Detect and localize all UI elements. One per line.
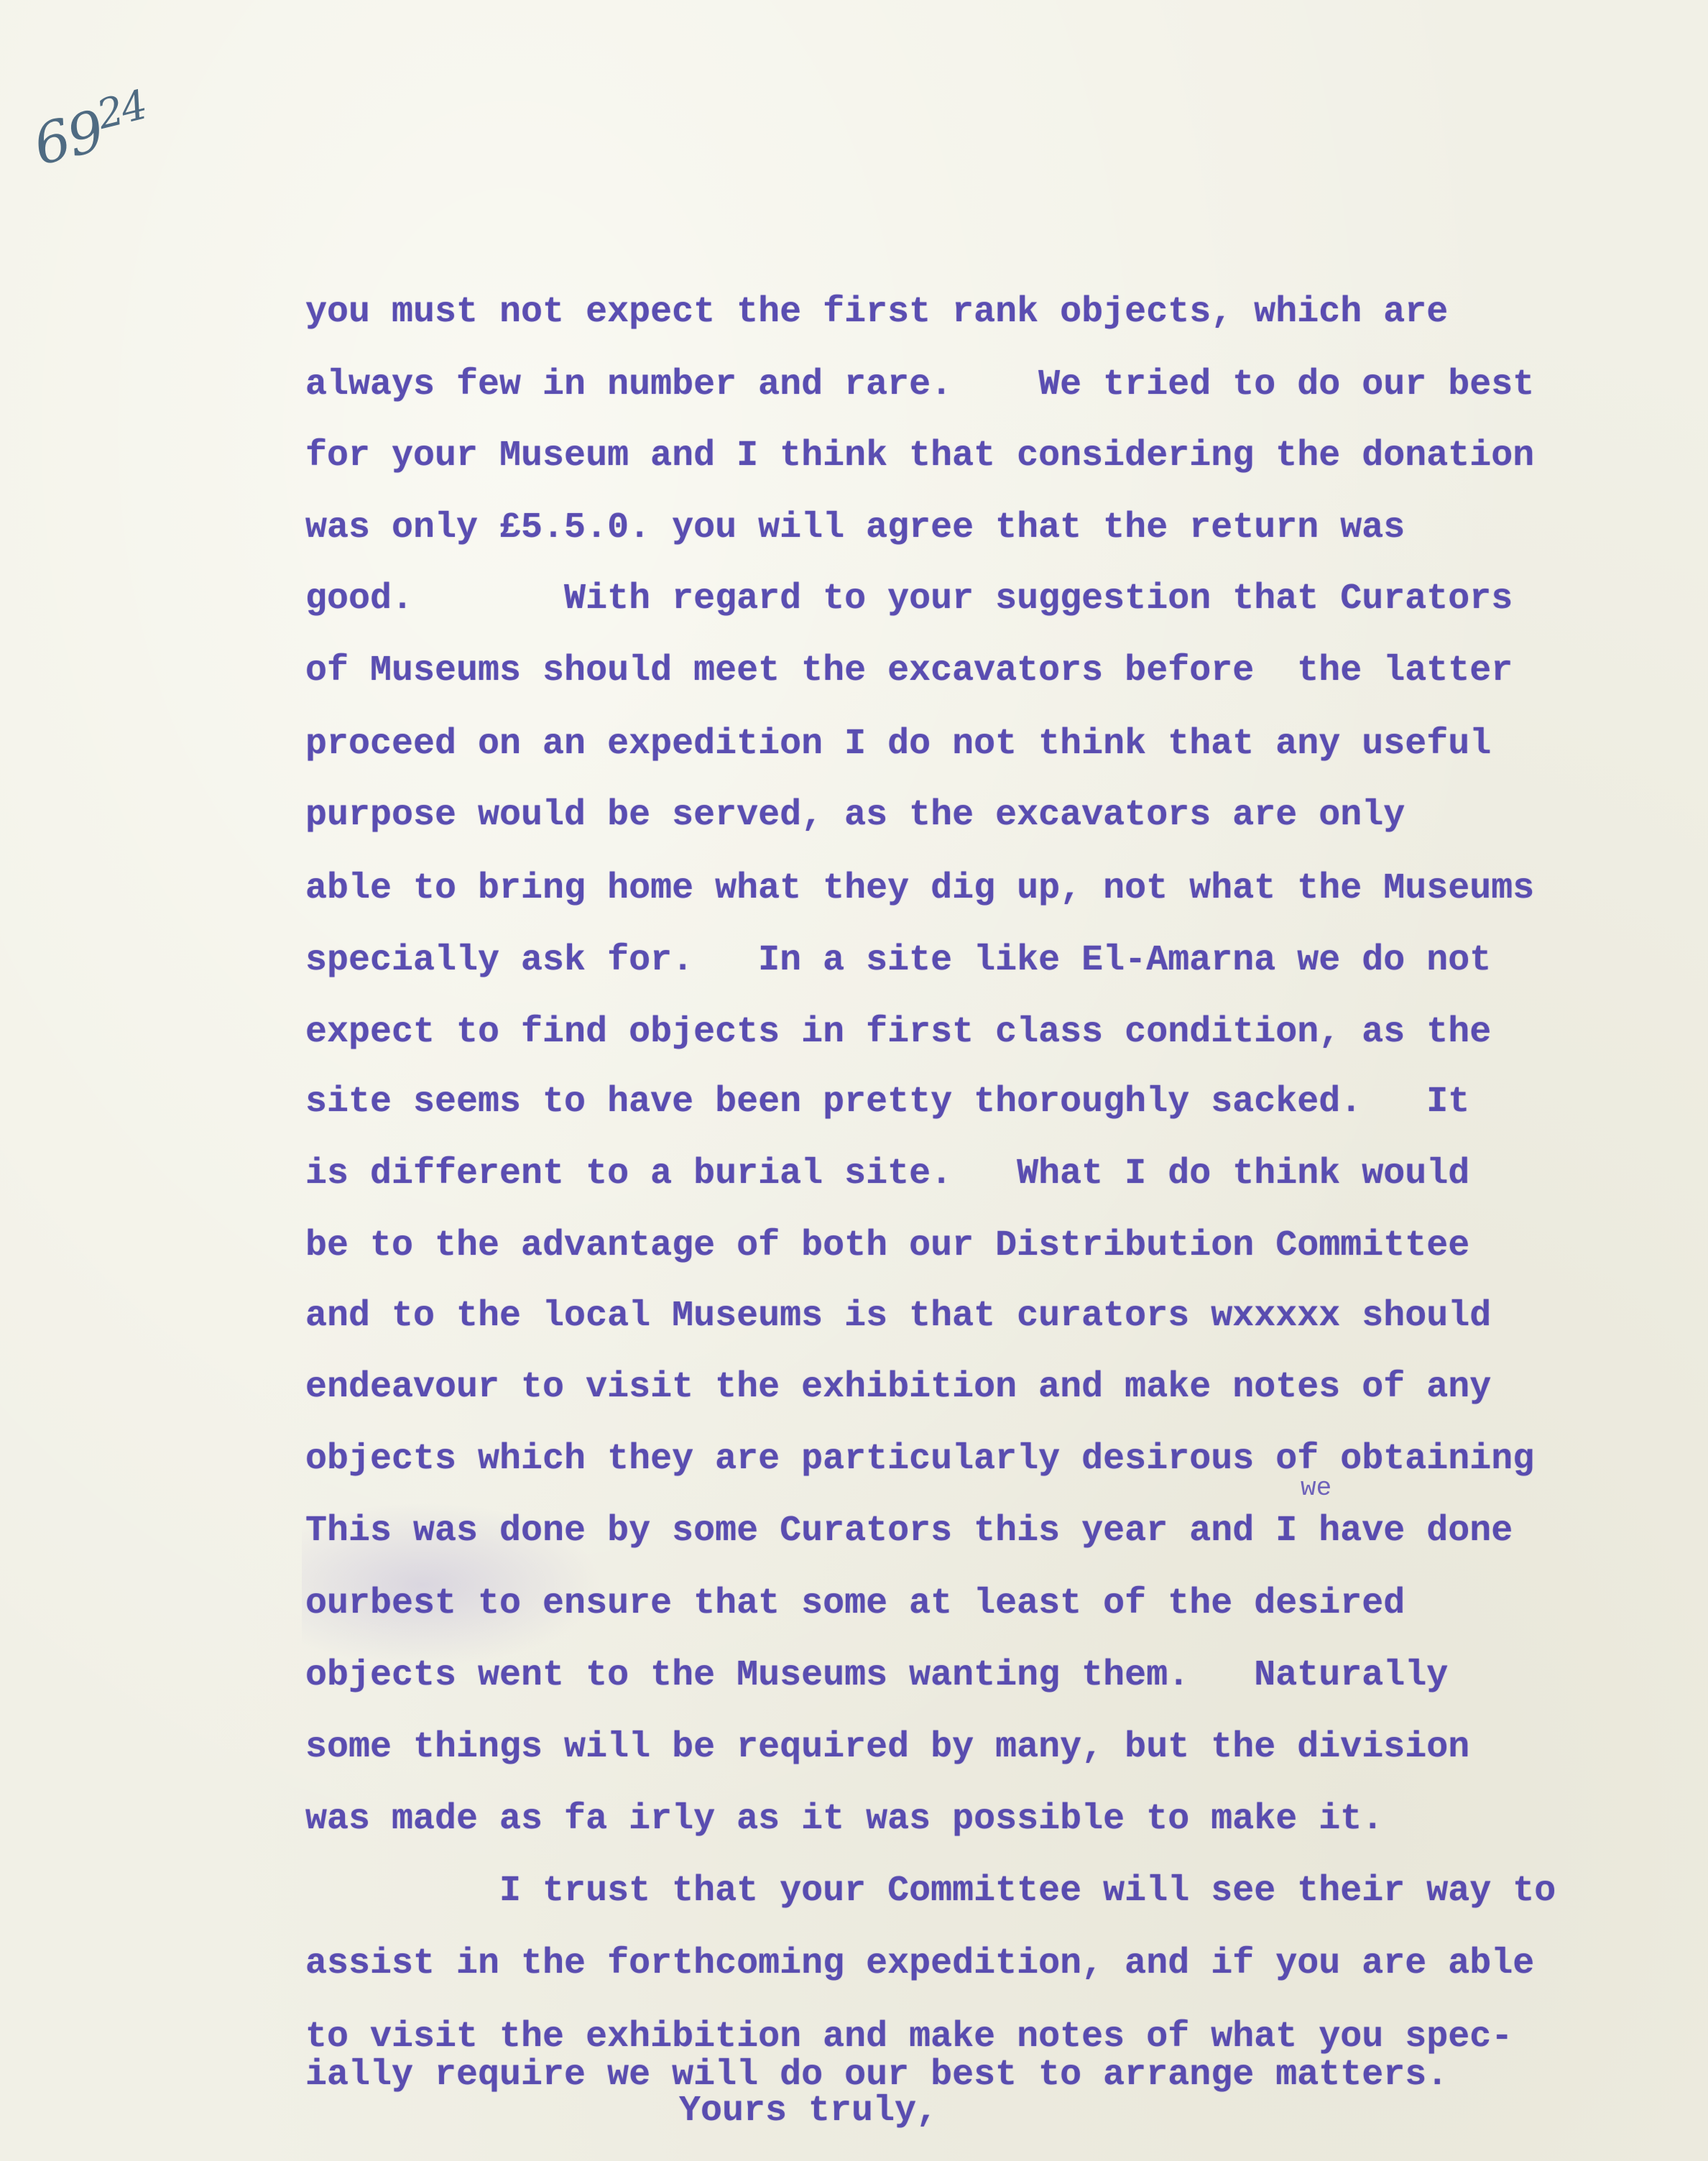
letter-line: purpose would be served, as the excavato… <box>305 796 1405 836</box>
letter-line: specially ask for. In a site like El-Ama… <box>305 941 1491 981</box>
letter-line: proceed on an expedition I do not think … <box>305 724 1491 765</box>
interlinear-correction: we <box>1301 1473 1331 1503</box>
letter-line: assist in the forthcoming expedition, an… <box>305 1944 1534 1984</box>
letter-line: ially require we will do our best to arr… <box>305 2055 1448 2096</box>
letter-line: objects went to the Museums wanting them… <box>305 1656 1448 1696</box>
letter-line: for your Museum and I think that conside… <box>305 436 1534 476</box>
letter-line: site seems to have been pretty thoroughl… <box>305 1082 1469 1123</box>
letter-line: was only £5.5.0. you will agree that the… <box>305 508 1405 548</box>
letter-line: endeavour to visit the exhibition and ma… <box>305 1368 1491 1408</box>
letter-line: objects which they are particularly desi… <box>305 1439 1534 1480</box>
letter-line: some things will be required by many, bu… <box>305 1728 1469 1768</box>
letter-line: I trust that your Committee will see the… <box>305 1871 1556 1912</box>
closing-salutation: Yours truly, <box>679 2091 938 2132</box>
letter-line: expect to find objects in first class co… <box>305 1013 1491 1053</box>
letter-line: and to the local Museums is that curator… <box>305 1296 1491 1337</box>
letter-line: is different to a burial site. What I do… <box>305 1154 1469 1194</box>
letter-line: to visit the exhibition and make notes o… <box>305 2017 1513 2058</box>
letter-line: be to the advantage of both our Distribu… <box>305 1226 1469 1266</box>
letter-line: of Museums should meet the excavators be… <box>305 651 1513 691</box>
letter-line: you must not expect the first rank objec… <box>305 292 1448 333</box>
letter-line: always few in number and rare. We tried … <box>305 365 1534 405</box>
letter-line: able to bring home what they dig up, not… <box>305 869 1534 909</box>
letter-line: This was done by some Curators this year… <box>305 1511 1513 1552</box>
letter-line: was made as fa irly as it was possible t… <box>305 1800 1383 1840</box>
letter-line: good. With regard to your suggestion tha… <box>305 579 1513 619</box>
letter-line: ourbest to ensure that some at least of … <box>305 1584 1405 1624</box>
